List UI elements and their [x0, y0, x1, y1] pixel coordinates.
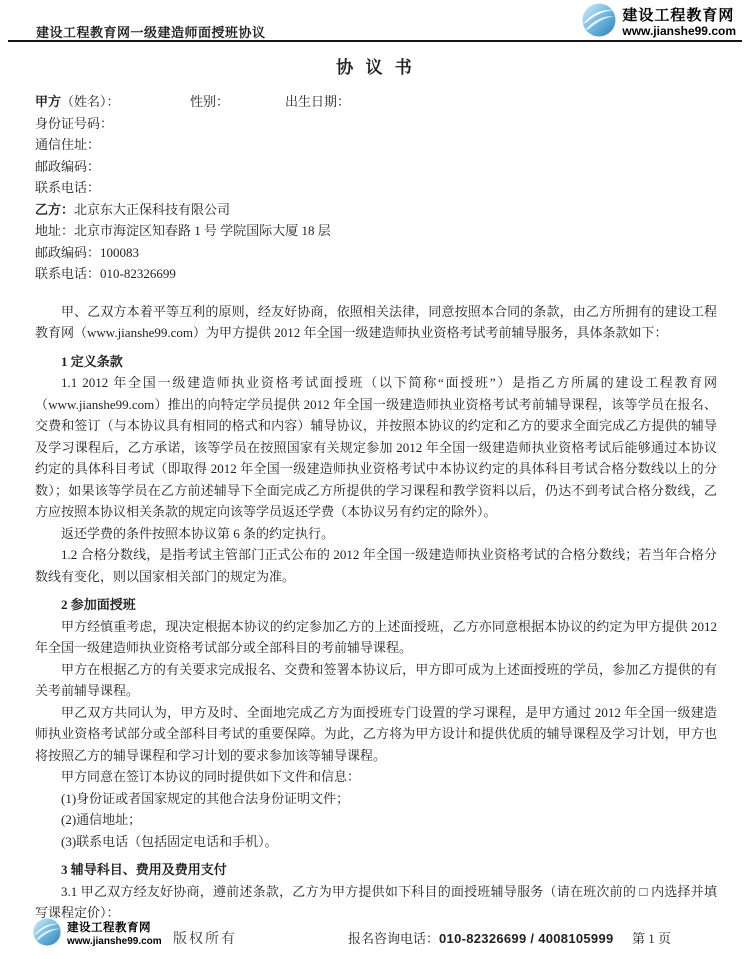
section-2-heading: 2 参加面授班 — [35, 594, 717, 616]
party-a-id-line: 身份证号码： — [35, 113, 717, 135]
footer-logo: 建设工程教育网 www.jianshe99.com — [33, 918, 162, 951]
gender-label: 性别： — [190, 91, 285, 113]
footer-logo-site-url: www.jianshe99.com — [67, 936, 162, 947]
birth-label: 出生日期： — [285, 94, 350, 109]
party-b-label: 乙方： — [35, 202, 74, 217]
phone-label: 报名咨询电话： — [348, 931, 439, 946]
party-b-phone-line: 联系电话：010-82326699 — [35, 263, 717, 285]
party-b-line: 乙方：北京东大正保科技有限公司 — [35, 199, 717, 221]
globe-swoosh-icon — [582, 3, 616, 42]
section-3-heading: 3 辅导科目、费用及费用支付 — [35, 859, 717, 881]
phone-numbers: 010-82326699 / 4008105999 — [439, 931, 614, 946]
party-a-name-line: 甲方（姓名）：性别：出生日期： — [35, 91, 717, 113]
page-title: 协 议 书 — [35, 56, 717, 80]
party-a-name-label: （姓名）： — [61, 94, 120, 109]
section-1-paragraph: 返还学费的条件按照本协议第 6 条的约定执行。 — [35, 523, 717, 545]
copyright-text: 版权所有 — [173, 928, 237, 948]
page-footer: 建设工程教育网 www.jianshe99.com 版权所有 报名咨询电话：01… — [0, 907, 750, 959]
page-number: 第 1 页 — [632, 928, 671, 947]
section-1-paragraph: 1.1 2012 年全国一级建造师执业资格考试面授班（以下简称“面授班”）是指乙… — [35, 372, 717, 523]
footer-logo-site-name: 建设工程教育网 — [67, 922, 162, 935]
header-doc-label: 建设工程教育网一级建造师面授班协议 — [36, 22, 266, 41]
section-2-paragraph: 甲方经慎重考虑，现决定根据本协议的约定参加乙方的上述面授班，乙方亦同意根据本协议… — [35, 616, 717, 659]
section-1-heading: 1 定义条款 — [35, 351, 717, 373]
section-2-paragraph: 甲乙双方共同认为，甲方及时、全面地完成乙方为面授班专门设置的学习课程，是甲方通过… — [35, 702, 717, 767]
section-2-paragraph: 甲方同意在签订本协议的同时提供如下文件和信息： — [35, 766, 717, 788]
section-2-list-item: (2)通信地址； — [35, 809, 717, 831]
party-a-label: 甲方 — [35, 94, 61, 109]
globe-swoosh-icon — [33, 918, 61, 951]
party-b-zip-line: 邮政编码：100083 — [35, 242, 717, 264]
section-2-paragraph: 甲方在根据乙方的有关要求完成报名、交费和签署本协议后，甲方即可成为上述面授班的学… — [35, 659, 717, 702]
section-2-list-item: (3)联系电话（包括固定电话和手机）。 — [35, 831, 717, 853]
party-b-company: 北京东大正保科技有限公司 — [74, 202, 230, 217]
section-1-paragraph: 1.2 合格分数线，是指考试主管部门正式公布的 2012 年全国一级建造师执业资… — [35, 544, 717, 587]
section-2-list-item: (1)身份证或者国家规定的其他合法身份证明文件； — [35, 788, 717, 810]
header-divider — [8, 40, 742, 42]
party-a-phone-line: 联系电话： — [35, 177, 717, 199]
logo-site-url: www.jianshe99.com — [622, 25, 736, 38]
site-logo: 建设工程教育网 www.jianshe99.com — [582, 3, 736, 42]
party-b-address-line: 地址：北京市海淀区知春路 1 号 学院国际大厦 18 层 — [35, 220, 717, 242]
enrollment-phone: 报名咨询电话：010-82326699 / 4008105999 — [348, 928, 614, 947]
party-a-address-line: 通信住址： — [35, 134, 717, 156]
logo-site-name: 建设工程教育网 — [622, 7, 736, 24]
party-a-zip-line: 邮政编码： — [35, 156, 717, 178]
document-body: 协 议 书 甲方（姓名）：性别：出生日期： 身份证号码： 通信住址： 邮政编码：… — [35, 56, 717, 924]
preamble-paragraph: 甲、乙双方本着平等互利的原则，经友好协商，依照相关法律，同意按照本合同的条款，由… — [35, 301, 717, 344]
document-page: 建设工程教育网一级建造师面授班协议 建设工程教育网 www.jianshe99.… — [0, 0, 750, 959]
